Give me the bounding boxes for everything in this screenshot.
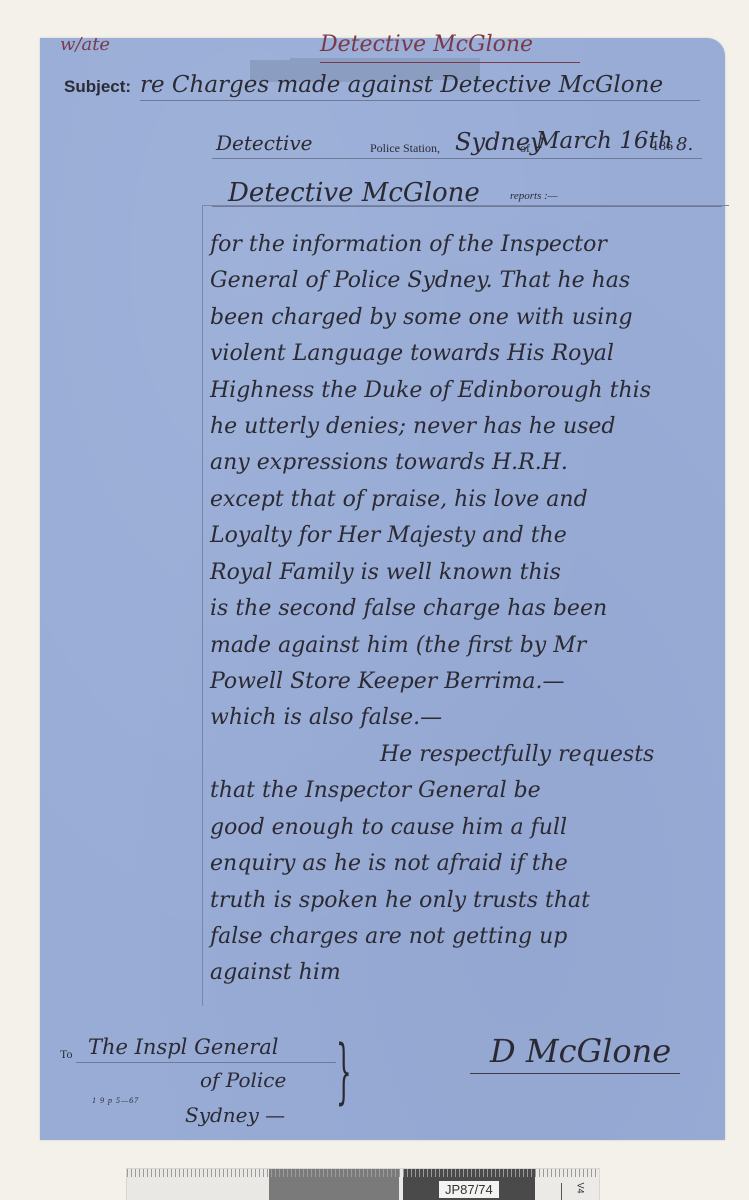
police-station-label: Police Station, <box>370 141 440 156</box>
addressee-line: The Inspl General <box>88 1035 279 1059</box>
body-line: Loyalty for Her Majesty and the <box>210 525 567 547</box>
body-line: for the information of the Inspector <box>210 234 607 256</box>
body-line: is the second false charge has been <box>210 598 607 620</box>
side-mark: V4 <box>576 1182 586 1193</box>
docket-heading: Detective McGlone <box>320 32 533 57</box>
body-line: any expressions towards H.R.H. <box>210 452 568 474</box>
body-line: he utterly denies; never has he used <box>210 416 616 438</box>
station-prefix: Detective <box>216 131 313 155</box>
docket-corner-note: w/ate <box>60 34 110 55</box>
of-label: of <box>520 141 530 156</box>
reporter-name: Detective McGlone <box>228 178 480 208</box>
year-prefix: 186 <box>652 139 673 155</box>
addressee-line: Sydney — <box>185 1103 285 1127</box>
side-mark-rule <box>561 1183 562 1200</box>
body-line: been charged by some one with using <box>210 307 633 329</box>
to-label: To <box>60 1047 73 1062</box>
body-line: which is also false.— <box>210 707 442 729</box>
body-line: made against him (the first by Mr <box>210 635 586 657</box>
year-suffix: 8. <box>676 134 693 155</box>
addressee-rule <box>76 1062 336 1063</box>
station-place: Sydney <box>455 128 544 156</box>
signature-flourish <box>470 1073 680 1074</box>
body-line: good enough to cause him a full <box>210 817 567 839</box>
body-line: Highness the Duke of Edinborough this <box>210 380 651 402</box>
subject-text: re Charges made against Detective McGlon… <box>140 72 663 98</box>
docket-underline <box>320 62 580 63</box>
color-scale-bar: JP87/74 V4 <box>126 1168 600 1200</box>
body-line: Royal Family is well known this <box>210 562 561 584</box>
body-line: against him <box>210 962 341 984</box>
body-line: that the Inspector General be <box>210 780 541 802</box>
subject-rule <box>140 100 700 101</box>
form-number: 1 9 p 5—67 <box>92 1096 139 1105</box>
scale-ticks <box>127 1169 599 1177</box>
addressee-line: of Police <box>200 1068 286 1092</box>
body-line: He respectfully requests <box>380 744 654 766</box>
body-line: Powell Store Keeper Berrima.— <box>210 671 564 693</box>
signature: D McGlone <box>490 1032 671 1070</box>
body-line: violent Language towards His Royal <box>210 343 614 365</box>
reference-label: JP87/74 <box>439 1181 499 1198</box>
body-line: false charges are not getting up <box>210 926 567 948</box>
subject-label: Subject: <box>64 77 131 97</box>
body-line: truth is spoken he only trusts that <box>210 890 590 912</box>
station-rule <box>212 158 702 159</box>
reports-label: reports :— <box>510 190 558 202</box>
body-line: General of Police Sydney. That he has <box>210 270 630 292</box>
body-line: enquiry as he is not afraid if the <box>210 853 568 875</box>
addressee-brace: } <box>336 1030 352 1112</box>
body-line: except that of praise, his love and <box>210 489 588 511</box>
